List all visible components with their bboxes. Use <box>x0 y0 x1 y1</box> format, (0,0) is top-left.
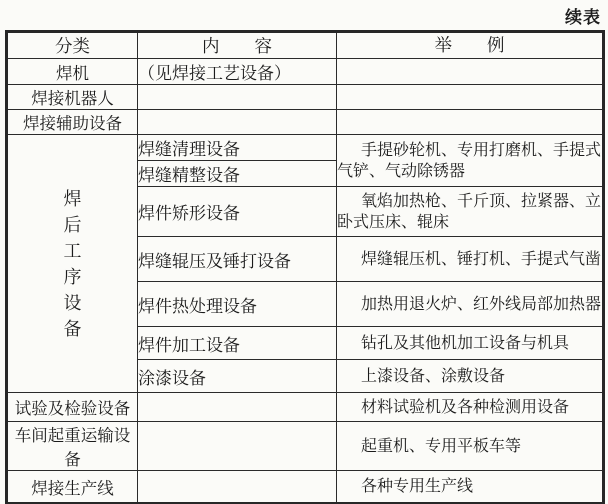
table-row-lifting-transport: 车间起重运输设备 起重机、专用平板车等 <box>7 422 604 471</box>
cell-content-welding-robot <box>138 85 337 110</box>
cell-content-lifting-transport <box>138 422 337 471</box>
cell-example-welder <box>337 59 604 85</box>
table-row-welding-robot: 焊接机器人 <box>7 85 604 110</box>
cell-example-painting: 上漆设备、涂敷设备 <box>337 360 604 393</box>
table-row-testing-inspection: 试验及检验设备 材料试验机及各种检测用设备 <box>7 393 604 422</box>
cell-content-seam-cleaning: 焊缝清理设备 <box>138 135 337 161</box>
cell-category-welding-robot: 焊接机器人 <box>7 85 138 110</box>
cell-content-testing-inspection <box>138 393 337 422</box>
cell-example-machining: 钻孔及其他机加工设备与机具 <box>337 327 604 360</box>
cell-content-machining: 焊件加工设备 <box>138 327 337 360</box>
cell-example-heat-treatment: 加热用退火炉、红外线局部加热器 <box>337 282 604 327</box>
table-header-row: 分类 内 容 举 例 <box>7 32 604 59</box>
cell-category-production-line: 焊接生产线 <box>7 471 138 504</box>
cell-category-post-weld-process: 焊 后 工 序 设 备 <box>7 135 138 393</box>
cell-example-testing-inspection: 材料试验机及各种检测用设备 <box>337 393 604 422</box>
header-content: 内 容 <box>138 32 337 59</box>
table-continued-label: 续表 <box>565 3 601 28</box>
cell-example-straightening: 氧焰加热枪、千斤顶、拉紧器、立卧式压床、辊床 <box>337 187 604 237</box>
cell-content-heat-treatment: 焊件热处理设备 <box>138 282 337 327</box>
cell-content-painting: 涂漆设备 <box>138 360 337 393</box>
table-row-welding-auxiliary: 焊接辅助设备 <box>7 110 604 135</box>
header-example: 举 例 <box>337 32 604 59</box>
cell-content-welding-auxiliary <box>138 110 337 135</box>
equipment-table: 分类 内 容 举 例 焊机 （见焊接工艺设备） 焊接机器人 焊接辅助设备 <box>5 30 605 504</box>
cell-content-straightening: 焊件矫形设备 <box>138 187 337 237</box>
cell-example-seam-cleaning-finishing: 手提砂轮机、专用打磨机、手提式气铲、气动除锈器 <box>337 135 604 187</box>
cell-category-welding-auxiliary: 焊接辅助设备 <box>7 110 138 135</box>
cell-example-rolling-hammering: 焊缝辊压机、锤打机、手提式气凿 <box>337 237 604 282</box>
cell-category-lifting-transport: 车间起重运输设备 <box>7 422 138 471</box>
cell-example-lifting-transport: 起重机、专用平板车等 <box>337 422 604 471</box>
table-row-seam-cleaning: 焊 后 工 序 设 备 焊缝清理设备 手提砂轮机、专用打磨机、手提式气铲、气动除… <box>7 135 604 161</box>
cell-content-seam-finishing: 焊缝精整设备 <box>138 161 337 187</box>
cell-example-welding-robot <box>337 85 604 110</box>
post-weld-vertical-label: 焊 后 工 序 设 备 <box>8 190 137 338</box>
header-category: 分类 <box>7 32 138 59</box>
cell-content-production-line <box>138 471 337 504</box>
page: 续表 分类 内 容 举 例 焊机 （见焊接工艺设备） 焊接机器人 焊接辅 <box>0 0 608 504</box>
cell-content-rolling-hammering: 焊缝辊压及锤打设备 <box>138 237 337 282</box>
cell-example-welding-auxiliary <box>337 110 604 135</box>
table-row-production-line: 焊接生产线 各种专用生产线 <box>7 471 604 504</box>
table-row-welder: 焊机 （见焊接工艺设备） <box>7 59 604 85</box>
cell-content-welder: （见焊接工艺设备） <box>138 59 337 85</box>
cell-category-testing-inspection: 试验及检验设备 <box>7 393 138 422</box>
cell-example-production-line: 各种专用生产线 <box>337 471 604 504</box>
cell-category-welder: 焊机 <box>7 59 138 85</box>
